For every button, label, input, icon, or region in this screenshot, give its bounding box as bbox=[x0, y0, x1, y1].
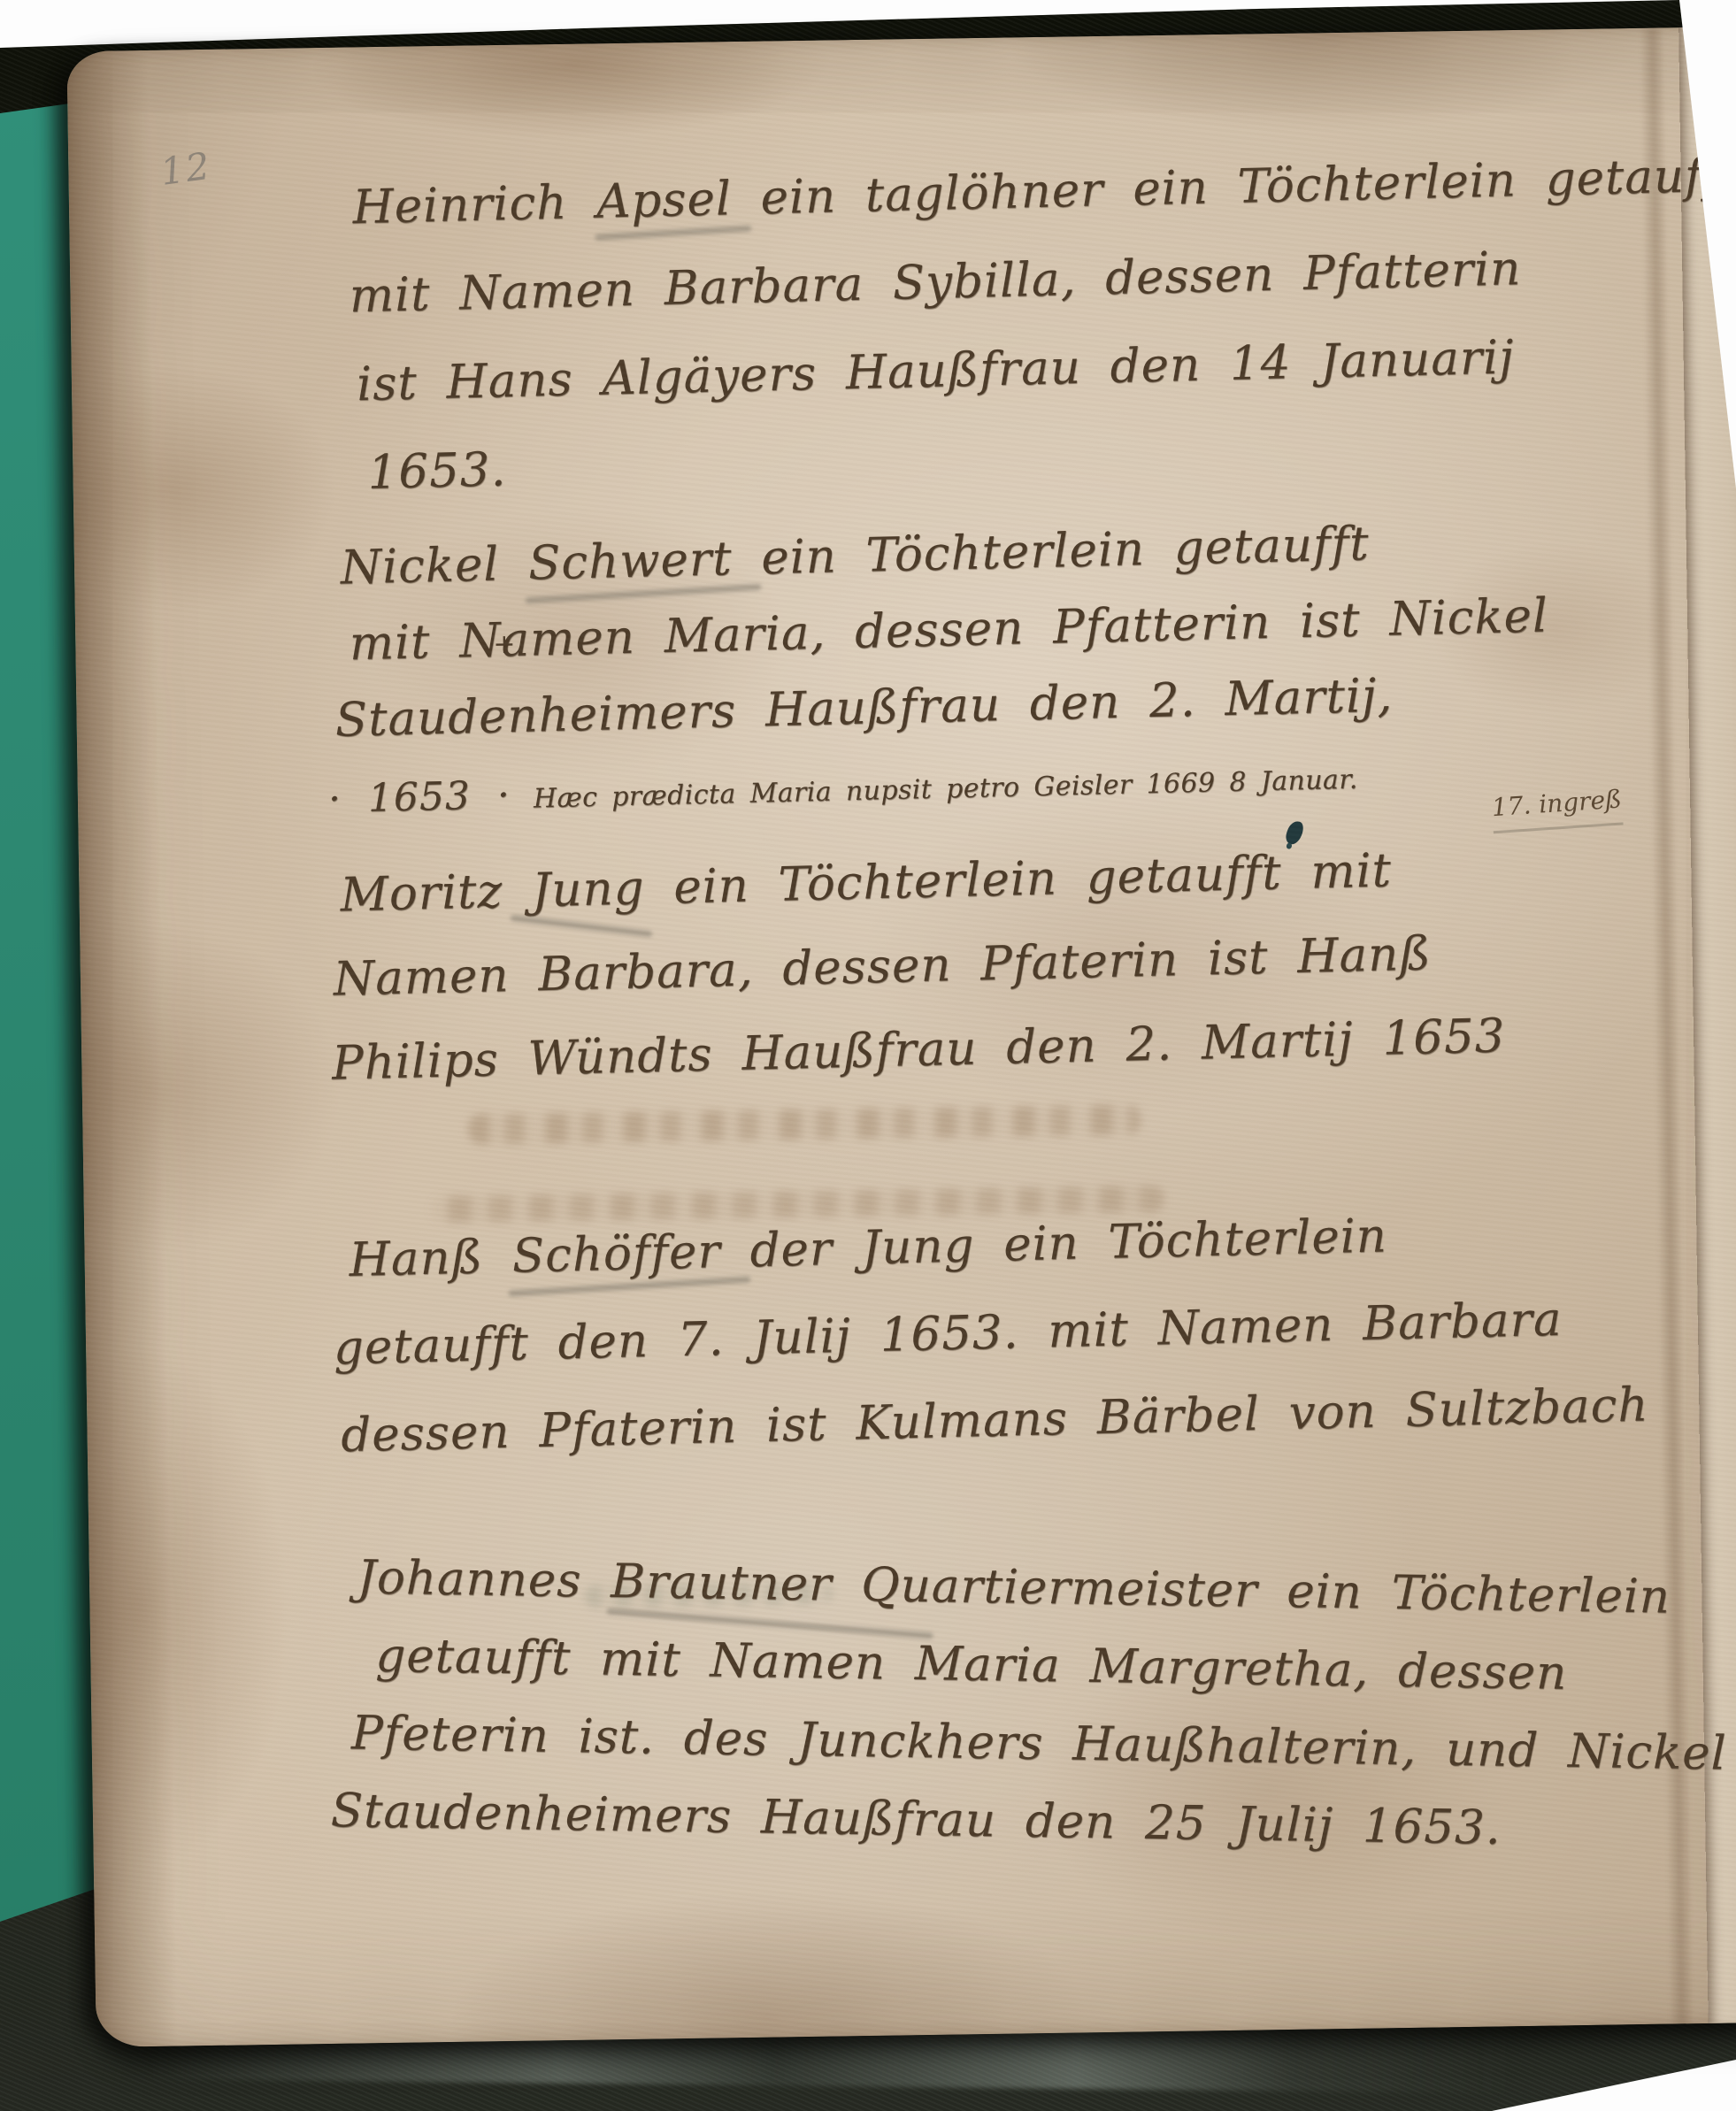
marriage-note: Hæc prædicta Maria nupsit petro Geisler … bbox=[534, 764, 1359, 815]
record-line: Moritz Jung ein Töchterlein getaufft mit bbox=[340, 845, 1502, 919]
record-line: mit Namen Maria, dessen Pfatterin ist Ni… bbox=[349, 593, 1548, 668]
record-line: ist Hans Algäyers Haußfrau den 14 Januar… bbox=[357, 328, 1736, 408]
record-text: Hanß bbox=[349, 1230, 513, 1287]
record-line: Heinrich Apsel ein taglöhner ein Töchter… bbox=[352, 151, 1736, 231]
record-date: · 1653 · bbox=[327, 772, 511, 822]
ink-blot bbox=[1284, 819, 1305, 847]
ink-bleedthrough bbox=[468, 1104, 1141, 1144]
record-line: Hanß Schöffer der Jung ein Töchterlein bbox=[349, 1207, 1645, 1284]
record-line: 1653. bbox=[367, 417, 1736, 496]
baptism-record-5: Johannes Brautner Quartiermeister ein Tö… bbox=[353, 1554, 1730, 1886]
record-line: Pfeterin ist. des Junckhers Haußhalterin… bbox=[351, 1710, 1727, 1777]
record-line: Staudenheimers Haußfrau den 25 Julij 165… bbox=[330, 1787, 1725, 1854]
record-text: ein taglöhner ein Töchterlein getaufft bbox=[731, 148, 1736, 226]
surname-underlined: Brautner bbox=[611, 1554, 833, 1612]
baptism-record-3: Moritz Jung ein Töchterlein getaufft mit… bbox=[340, 845, 1507, 1125]
surname-underlined: Jung bbox=[531, 861, 645, 917]
record-line: dessen Pfaterin ist Kulmans Bärbel von S… bbox=[341, 1381, 1649, 1459]
baptism-record-1: Heinrich Apsel ein taglöhner ein Töchter… bbox=[352, 151, 1736, 538]
record-line: Namen Barbara, dessen Pfaterin ist Hanß bbox=[333, 929, 1504, 1003]
baptism-record-2: Nickel Schwert ein Töchterlein getaufft … bbox=[340, 517, 1553, 849]
ink-bleedthrough bbox=[585, 1582, 833, 1608]
page-crease bbox=[1640, 27, 1692, 2023]
record-line: getaufft den 7. Julij 1653. mit Namen Ba… bbox=[333, 1294, 1647, 1372]
record-text: ein Töchterlein getaufft bbox=[732, 517, 1370, 586]
record-line: mit Namen Barbara Sybilla, dessen Pfatte… bbox=[349, 240, 1736, 319]
record-line: Johannes Brautner Quartiermeister ein Tö… bbox=[357, 1554, 1729, 1622]
page-number: 12 bbox=[157, 144, 214, 194]
record-text: Johannes bbox=[357, 1551, 611, 1608]
surname-underlined: Schwert bbox=[527, 532, 733, 590]
record-text: Quartiermeister ein Töchterlein bbox=[832, 1558, 1671, 1624]
record-text: Moritz bbox=[340, 864, 533, 922]
record-line: Philips Wündts Haußfrau den 2. Martij 16… bbox=[331, 1012, 1506, 1086]
ink-bleedthrough bbox=[431, 1186, 1165, 1223]
record-line: Staudenheimers Haußfrau den 2. Martij, bbox=[334, 668, 1550, 743]
margin-note: 17. ingreß bbox=[1491, 784, 1624, 833]
record-text: der Jung ein Töchterlein bbox=[720, 1209, 1388, 1278]
record-text: ein Töchterlein getaufft mit bbox=[644, 843, 1393, 915]
manuscript-scan: 12 Heinrich Apsel ein taglöhner ein Töch… bbox=[0, 0, 1736, 2111]
surname-underlined: Schöffer bbox=[511, 1224, 721, 1284]
manuscript-page: 12 Heinrich Apsel ein taglöhner ein Töch… bbox=[66, 27, 1736, 2047]
cross-mark: + bbox=[493, 629, 516, 660]
record-line: · 1653 ·Hæc prædicta Maria nupsit petro … bbox=[327, 744, 1552, 820]
record-line: Nickel Schwert ein Töchterlein getaufft bbox=[340, 517, 1547, 592]
baptism-record-4: Hanß Schöffer der Jung ein Töchterlein g… bbox=[349, 1207, 1650, 1500]
record-text: Nickel bbox=[340, 537, 529, 595]
record-line: getaufft mit Namen Maria Margretha, dess… bbox=[375, 1632, 1728, 1700]
record-text: Heinrich bbox=[352, 175, 597, 234]
surname-underlined: Apsel bbox=[595, 172, 732, 229]
